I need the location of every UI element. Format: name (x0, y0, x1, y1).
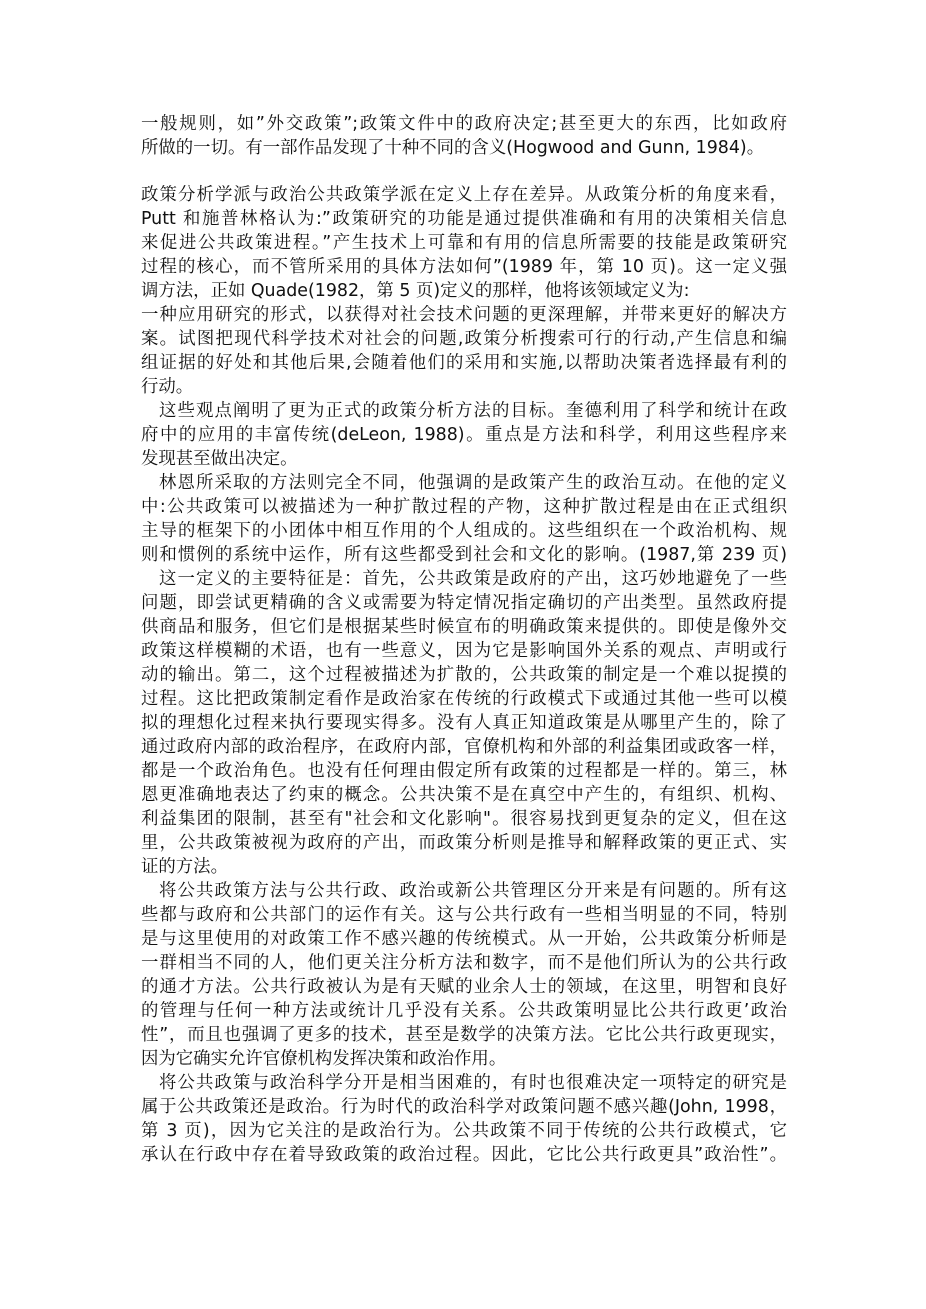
text-line: 一群相当不同的人，他们更关注分析方法和数字，而不是他们所认为的公共行政 (141, 951, 787, 975)
text-line: 的管理与任何一种方法或统计几乎没有关系。公共政策明显比公共行政更’政治 (141, 999, 787, 1023)
paragraph-political-science: 将公共政策与政治科学分开是相当困难的，有时也很难决定一项特定的研究是 属于公共政… (141, 1071, 787, 1167)
text-line: 过程。这比把政策制定看作是政治家在传统的行政模式下或通过其他一些可以模 (141, 687, 787, 711)
text-line: 这一定义的主要特征是：首先，公共政策是政府的产出，这巧妙地避免了一些 (141, 567, 787, 591)
text-line: 利益集团的限制，甚至有"社会和文化影响"。很容易找到更复杂的定义，但在这 (141, 807, 787, 831)
text-line: 政策这样模糊的术语，也有一些意义，因为它是影响国外关系的观点、声明或行 (141, 639, 787, 663)
text-line: 主导的框架下的小团体中相互作用的个人组成的。这些组织在一个政治机构、规 (141, 519, 787, 543)
paragraph-definition-features: 这一定义的主要特征是：首先，公共政策是政府的产出，这巧妙地避免了一些 问题，即尝… (141, 567, 787, 879)
paragraph-quade-quote: 一种应用研究的形式，以获得对社会技术问题的更深理解，并带来更好的解决方 案。试图… (141, 303, 787, 399)
text-line: 通过政府内部的政治程序，在政府内部，官僚机构和外部的利益集团或政客一样， (141, 735, 787, 759)
text-line: 行动。 (141, 375, 787, 399)
text-line: 是与这里使用的对政策工作不感兴趣的传统模式。从一开始，公共政策分析师是 (141, 927, 787, 951)
text-line: 过程的核心，而不管所采用的具体方法如何”(1989 年，第 10 页)。这一定义… (141, 255, 787, 279)
text-line: 发现甚至做出决定。 (141, 447, 787, 471)
text-line: 一般规则，如”外交政策”;政策文件中的政府决定;甚至更大的东西，比如政府 (141, 112, 787, 136)
document-page: 一般规则，如”外交政策”;政策文件中的政府决定;甚至更大的东西，比如政府 所做的… (141, 112, 787, 1167)
text-line: 恩更准确地表达了约束的概念。公共决策不是在真空中产生的，有组织、机构、 (141, 783, 787, 807)
text-line: 拟的理想化过程来执行要现实得多。没有人真正知道政策是从哪里产生的，除了 (141, 711, 787, 735)
text-line: 第 3 页)，因为它关注的是政治行为。公共政策不同于传统的公共行政模式，它 (141, 1119, 787, 1143)
text-line: 则和惯例的系统中运作，所有这些都受到社会和文化的影响。(1987,第 239 页… (141, 543, 787, 567)
text-line: 性”，而且也强调了更多的技术，甚至是数学的决策方法。它比公共行政更现实， (141, 1023, 787, 1047)
text-line: 供商品和服务，但它们是根据某些时候宣布的明确政策来提供的。即使是像外交 (141, 615, 787, 639)
text-line: 些都与政府和公共部门的运作有关。这与公共行政有一些相当明显的不同，特别 (141, 903, 787, 927)
text-line: 里，公共政策被视为政府的产出，而政策分析则是推导和解释政策的更正式、实 (141, 831, 787, 855)
text-line: 这些观点阐明了更为正式的政策分析方法的目标。奎德利用了科学和统计在政 (141, 399, 787, 423)
text-line: 都是一个政治角色。也没有任何理由假定所有政策的过程都是一样的。第三，林 (141, 759, 787, 783)
paragraph-formal-methods: 这些观点阐明了更为正式的政策分析方法的目标。奎德利用了科学和统计在政 府中的应用… (141, 399, 787, 471)
text-line: 来促进公共政策进程。”产生技术上可靠和有用的信息所需要的技能是政策研究 (141, 231, 787, 255)
text-line: 动的输出。第二，这个过程被描述为扩散的，公共政策的制定是一个难以捉摸的 (141, 663, 787, 687)
text-line: 将公共政策方法与公共行政、政治或新公共管理区分开来是有问题的。所有这 (141, 879, 787, 903)
text-line: 中:公共政策可以被描述为一种扩散过程的产物，这种扩散过程是由在正式组织 (141, 495, 787, 519)
paragraph-definitions: 一般规则，如”外交政策”;政策文件中的政府决定;甚至更大的东西，比如政府 所做的… (141, 112, 787, 160)
text-line: 林恩所采取的方法则完全不同，他强调的是政策产生的政治互动。在他的定义 (141, 471, 787, 495)
text-line: 案。试图把现代科学技术对社会的问题,政策分析搜索可行的行动,产生信息和编 (141, 327, 787, 351)
paragraph-policy-analysis-school: 政策分析学派与政治公共政策学派在定义上存在差异。从政策分析的角度来看， Putt… (141, 183, 787, 303)
text-line: 组证据的好处和其他后果,会随着他们的采用和实施,以帮助决策者选择最有利的 (141, 351, 787, 375)
text-line: 因为它确实允许官僚机构发挥决策和政治作用。 (141, 1047, 787, 1071)
text-line: 所做的一切。有一部作品发现了十种不同的含义(Hogwood and Gunn, … (141, 136, 787, 160)
text-line: 证的方法。 (141, 855, 787, 879)
text-line: 将公共政策与政治科学分开是相当困难的，有时也很难决定一项特定的研究是 (141, 1071, 787, 1095)
text-line: 调方法，正如 Quade(1982，第 5 页)定义的那样，他将该领域定义为: (141, 279, 787, 303)
text-line: 府中的应用的丰富传统(deLeon, 1988)。重点是方法和科学，利用这些程序… (141, 423, 787, 447)
text-line: 属于公共政策还是政治。行为时代的政治科学对政策问题不感兴趣(John, 1998… (141, 1095, 787, 1119)
text-line: 政策分析学派与政治公共政策学派在定义上存在差异。从政策分析的角度来看， (141, 183, 787, 207)
text-line: 问题，即尝试更精确的含义或需要为特定情况指定确切的产出类型。虽然政府提 (141, 591, 787, 615)
text-line: 承认在行政中存在着导致政策的政治过程。因此，它比公共行政更具”政治性”。 (141, 1143, 787, 1167)
text-line: Putt 和施普林格认为:”政策研究的功能是通过提供准确和有用的决策相关信息 (141, 207, 787, 231)
text-line: 一种应用研究的形式，以获得对社会技术问题的更深理解，并带来更好的解决方 (141, 303, 787, 327)
paragraph-public-administration: 将公共政策方法与公共行政、政治或新公共管理区分开来是有问题的。所有这 些都与政府… (141, 879, 787, 1071)
paragraph-lynn-approach: 林恩所采取的方法则完全不同，他强调的是政策产生的政治互动。在他的定义 中:公共政… (141, 471, 787, 567)
text-line: 的通才方法。公共行政被认为是有天赋的业余人士的领域，在这里，明智和良好 (141, 975, 787, 999)
